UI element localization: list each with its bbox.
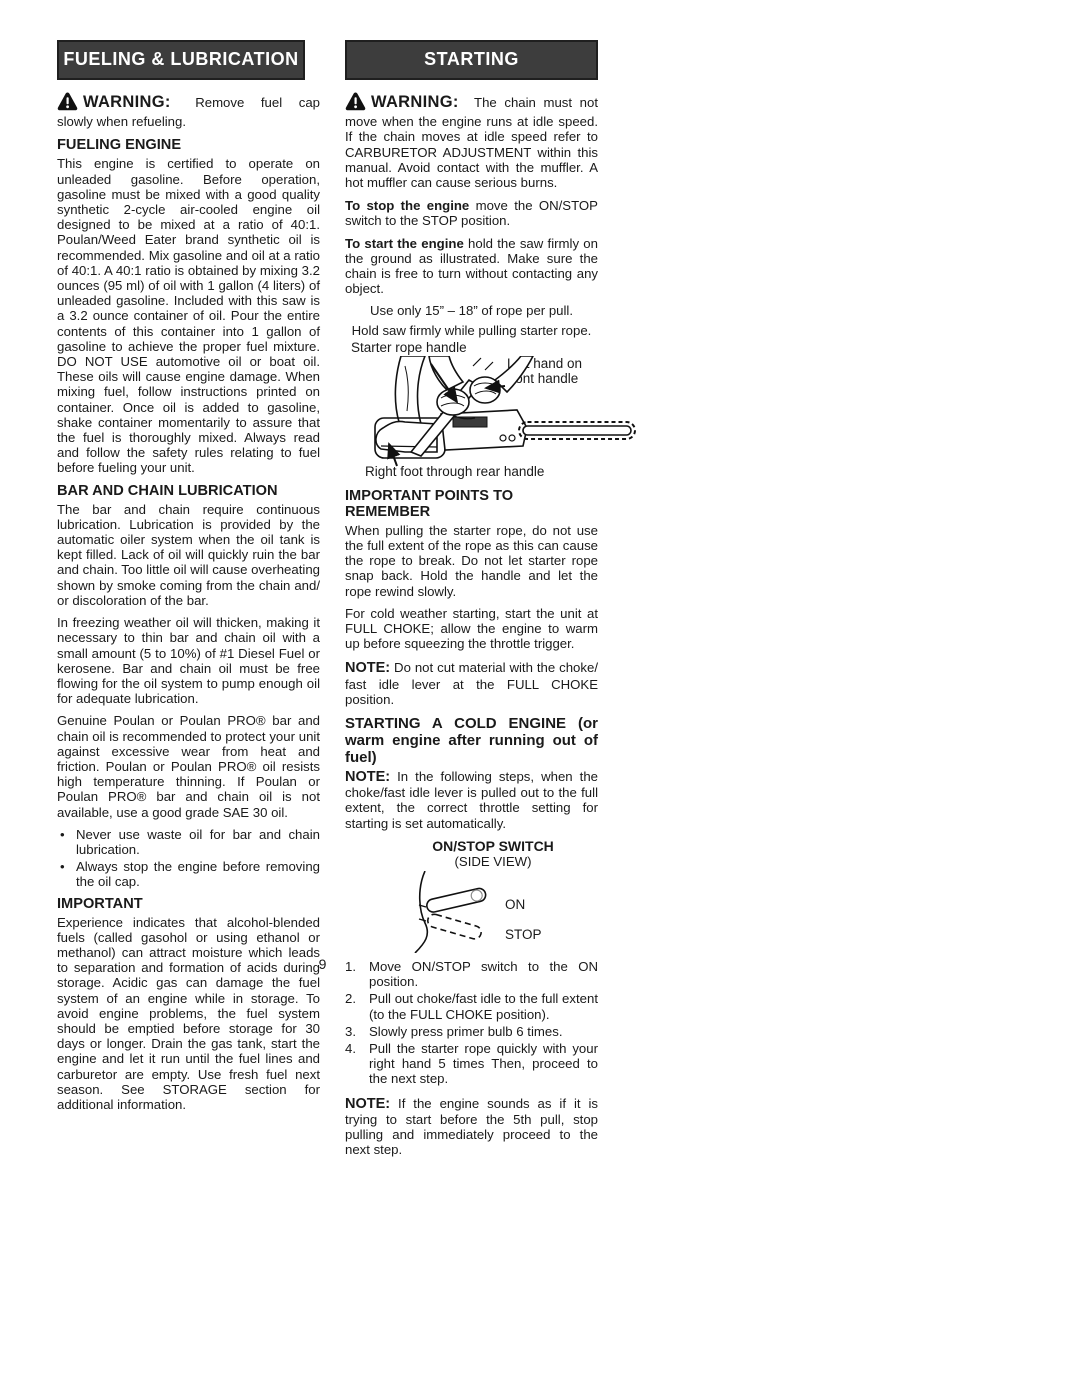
points-heading: IMPORTANT POINTS TO REMEMBER xyxy=(345,488,598,520)
switch-title: ON/STOP SWITCH xyxy=(393,838,593,854)
right-warning: WARNING: The chain must not move when th… xyxy=(345,92,598,190)
fueling-engine-heading: FUELING ENGINE xyxy=(57,137,320,153)
cold-start-heading: STARTING A COLD ENGINE (or warm engine a… xyxy=(345,715,598,766)
right-column: STARTING WARNING: The chain must not mov… xyxy=(345,40,598,1164)
right-warning-label: WARNING: xyxy=(371,93,459,111)
important-body: Experience indicates that alcohol-blende… xyxy=(57,915,320,1113)
step-text: Pull out choke/fast idle to the full ext… xyxy=(369,991,598,1021)
switch-diagram: ON STOP xyxy=(345,871,598,953)
onstop-switch-illustration xyxy=(345,871,598,953)
stop-engine-paragraph: To stop the engine move the ON/STOP swit… xyxy=(345,198,598,228)
hold-saw-line: Hold saw firmly while pulling starter ro… xyxy=(345,323,598,338)
note-label: NOTE: xyxy=(345,1096,390,1112)
switch-stop-label: STOP xyxy=(505,927,542,942)
step-number: 3. xyxy=(345,1024,369,1039)
left-section-header: FUELING & LUBRICATION xyxy=(57,40,305,80)
left-section-title: FUELING & LUBRICATION xyxy=(63,49,298,69)
left-warning-label: WARNING: xyxy=(83,93,171,111)
right-section-title: STARTING xyxy=(424,49,519,69)
stop-engine-lead: To stop the engine xyxy=(345,198,469,213)
step-text: Slowly press primer bulb 6 times. xyxy=(369,1024,598,1039)
chainsaw-illustration xyxy=(345,356,640,468)
warning-icon xyxy=(345,92,366,114)
step-item: 4. Pull the starter rope quickly with yo… xyxy=(345,1041,598,1087)
bar-chain-heading: BAR AND CHAIN LUBRICATION xyxy=(57,483,320,499)
step-text: Pull the starter rope quickly with your … xyxy=(369,1041,598,1087)
starter-rope-handle-label: Starter rope handle xyxy=(351,340,467,356)
bar-chain-paragraph-1: The bar and chain require continuous lub… xyxy=(57,502,320,608)
important-heading: IMPORTANT xyxy=(57,896,320,912)
left-warning: WARNING: Remove fuel cap slowly when ref… xyxy=(57,92,320,129)
chainsaw-figure: Starter rope handle Left hand on front h… xyxy=(345,340,640,482)
manual-page-9: { "page_number": "9", "bullet_char": "•"… xyxy=(0,0,1080,1397)
bullet-marker: • xyxy=(57,859,76,889)
bullet-item: • Never use waste oil for bar and chain … xyxy=(57,827,320,857)
points-paragraph-1: When pulling the starter rope, do not us… xyxy=(345,523,598,599)
switch-on-label: ON xyxy=(505,897,525,912)
bullet-marker: • xyxy=(57,827,76,857)
bullet-item: • Always stop the engine before removing… xyxy=(57,859,320,889)
cold-start-note: NOTE: In the following steps, when the c… xyxy=(345,769,598,831)
bullet-text: Never use waste oil for bar and chain lu… xyxy=(76,827,320,857)
fueling-engine-body: This engine is certified to operate on u… xyxy=(57,156,320,475)
bullet-text: Always stop the engine before removing t… xyxy=(76,859,320,889)
note-label: NOTE: xyxy=(345,769,390,785)
note-label: NOTE: xyxy=(345,660,390,676)
onstop-switch-figure: ON/STOP SWITCH (SIDE VIEW) xyxy=(345,838,598,953)
start-engine-lead: To start the engine xyxy=(345,236,464,251)
step-number: 2. xyxy=(345,991,369,1021)
switch-subtitle: (SIDE VIEW) xyxy=(393,854,593,869)
step-item: 2. Pull out choke/fast idle to the full … xyxy=(345,991,598,1021)
bar-chain-paragraph-3: Genuine Poulan or Poulan PRO® bar and ch… xyxy=(57,713,320,819)
points-note: NOTE: Do not cut material with the choke… xyxy=(345,660,598,707)
final-note: NOTE: If the engine sounds as if it is t… xyxy=(345,1096,598,1158)
rope-length-line: Use only 15” – 18” of rope per pull. xyxy=(345,303,598,318)
step-number: 4. xyxy=(345,1041,369,1087)
right-section-header: STARTING xyxy=(345,40,598,80)
page-number: 9 xyxy=(57,956,588,972)
warning-icon xyxy=(57,92,78,114)
bar-chain-paragraph-2: In freezing weather oil will thicken, ma… xyxy=(57,615,320,706)
start-engine-paragraph: To start the engine hold the saw firmly … xyxy=(345,236,598,297)
step-item: 3. Slowly press primer bulb 6 times. xyxy=(345,1024,598,1039)
points-paragraph-2: For cold weather starting, start the uni… xyxy=(345,606,598,652)
